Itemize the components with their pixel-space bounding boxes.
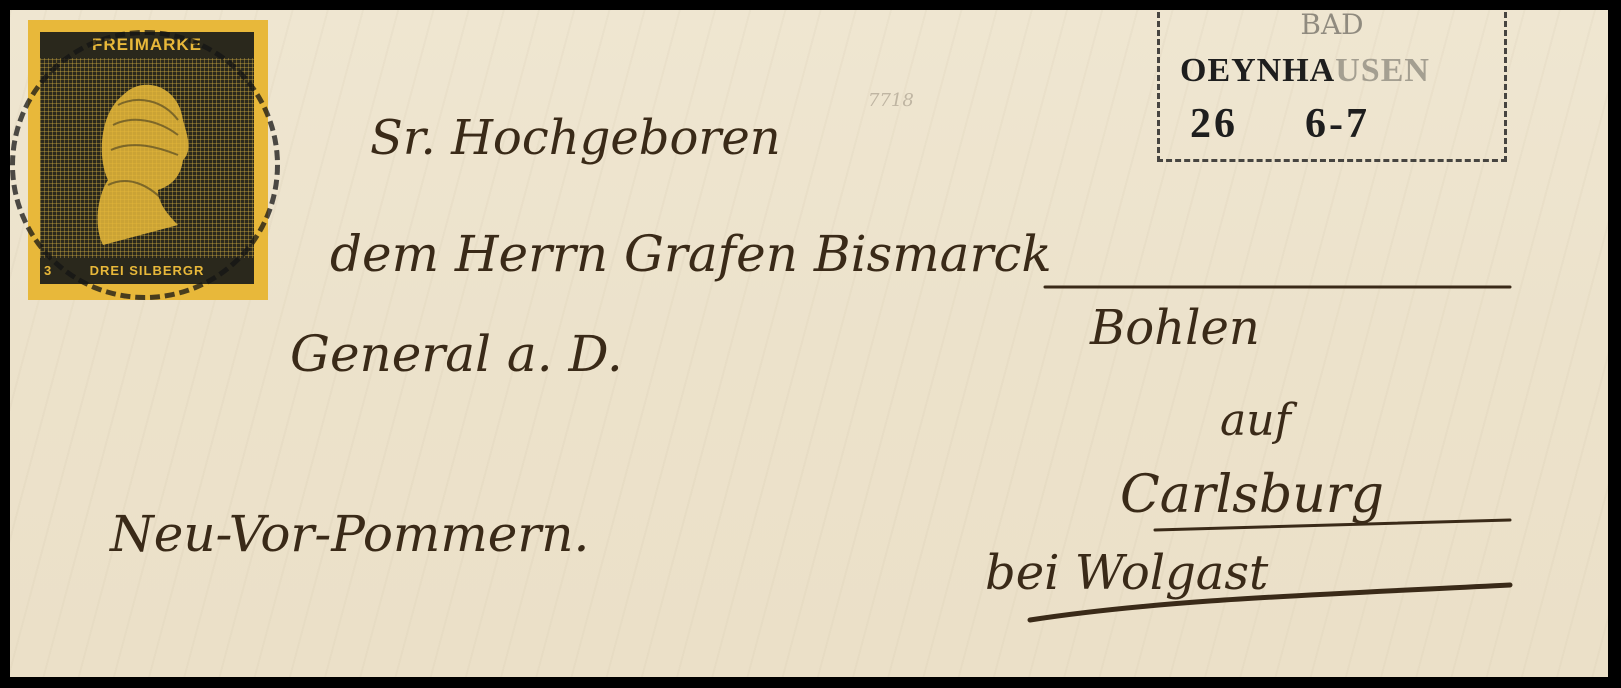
underline-strokes — [10, 10, 1608, 677]
postal-cover: FREIMARKE 3 DREI SILBERGR 7718 BAD OEYNH… — [10, 10, 1608, 677]
